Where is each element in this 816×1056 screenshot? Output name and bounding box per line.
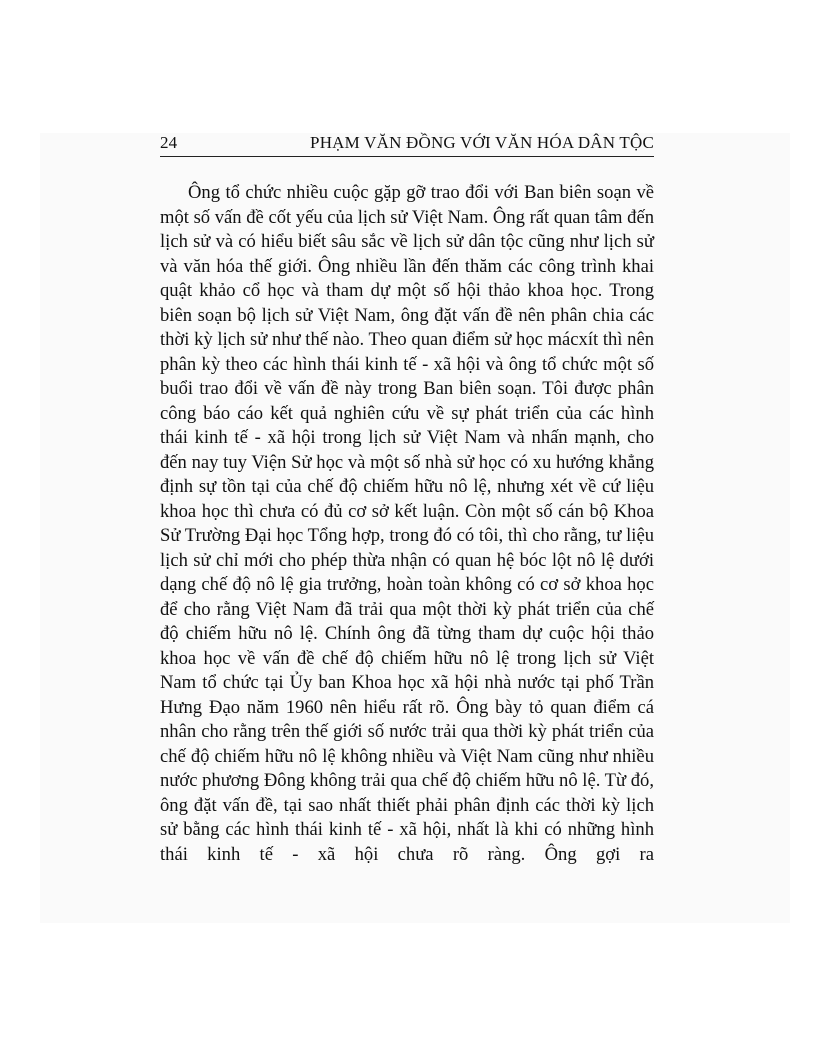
paragraph: Ông tổ chức nhiều cuộc gặp gỡ trao đổi v…: [160, 181, 654, 867]
running-title: PHẠM VĂN ĐỒNG VỚI VĂN HÓA DÂN TỘC: [310, 132, 654, 154]
running-header: 24 PHẠM VĂN ĐỒNG VỚI VĂN HÓA DÂN TỘC: [160, 132, 654, 157]
book-page: 24 PHẠM VĂN ĐỒNG VỚI VĂN HÓA DÂN TỘC Ông…: [160, 132, 654, 867]
body-text: Ông tổ chức nhiều cuộc gặp gỡ trao đổi v…: [160, 181, 654, 867]
page-number: 24: [160, 132, 177, 154]
